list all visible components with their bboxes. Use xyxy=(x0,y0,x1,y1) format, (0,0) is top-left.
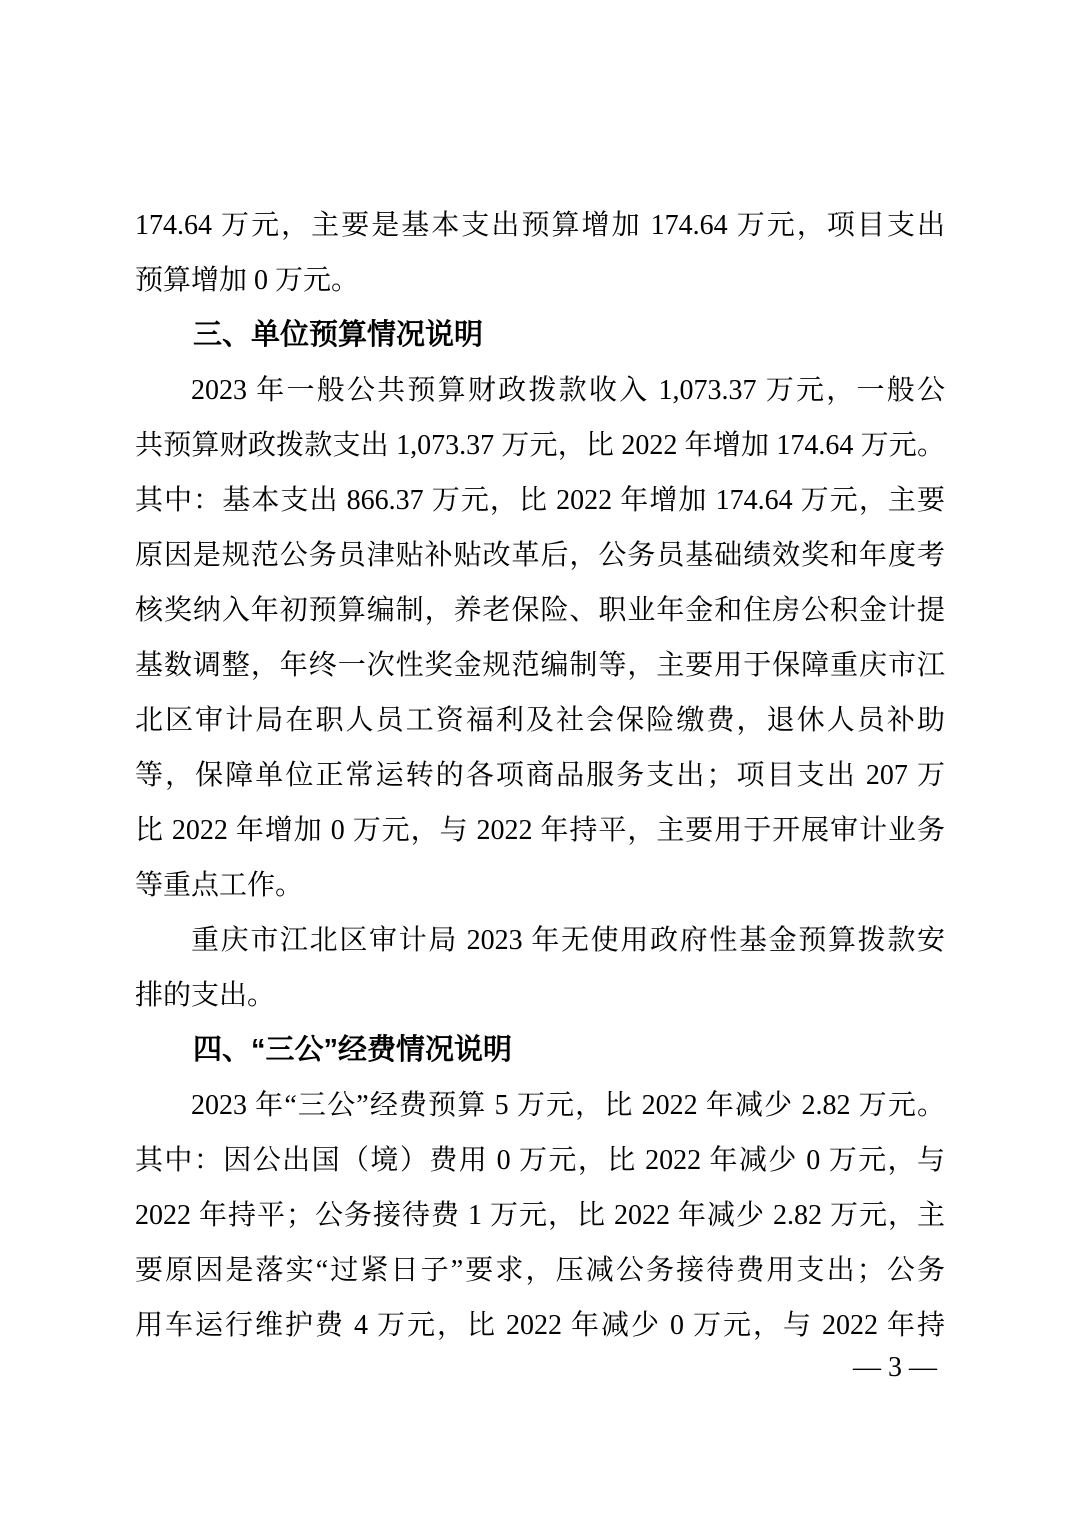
section-heading-3: 三、单位预算情况说明 xyxy=(135,308,945,363)
text-line: 基数调整，年终一次性奖金规范编制等，主要用于保障重庆市江 xyxy=(135,638,945,693)
text-line: 重庆市江北区审计局 2023 年无使用政府性基金预算拨款安 xyxy=(135,913,945,968)
text-line: 其中：因公出国（境）费用 0 万元，比 2022 年减少 0 万元，与 xyxy=(135,1133,945,1188)
text-line: 其中：基本支出 866.37 万元，比 2022 年增加 174.64 万元，主… xyxy=(135,473,945,528)
text-line: 2022 年持平；公务接待费 1 万元，比 2022 年减少 2.82 万元，主 xyxy=(135,1188,945,1243)
text-line: 预算增加 0 万元。 xyxy=(135,253,945,308)
text-line: 排的支出。 xyxy=(135,968,945,1023)
document-body: 174.64 万元，主要是基本支出预算增加 174.64 万元，项目支出 预算增… xyxy=(135,198,945,1353)
text-line: 共预算财政拨款支出 1,073.37 万元，比 2022 年增加 174.64 … xyxy=(135,418,945,473)
section-heading-4: 四、“三公”经费情况说明 xyxy=(135,1023,945,1078)
text-line: 174.64 万元，主要是基本支出预算增加 174.64 万元，项目支出 xyxy=(135,198,945,253)
text-line: 原因是规范公务员津贴补贴改革后，公务员基础绩效奖和年度考 xyxy=(135,528,945,583)
document-page: 174.64 万元，主要是基本支出预算增加 174.64 万元，项目支出 预算增… xyxy=(0,0,1074,1520)
text-line: 2023 年“三公”经费预算 5 万元，比 2022 年减少 2.82 万元。 xyxy=(135,1078,945,1133)
text-line: 比 2022 年增加 0 万元，与 2022 年持平，主要用于开展审计业务 xyxy=(135,803,945,858)
text-line: 用车运行维护费 4 万元，比 2022 年减少 0 万元，与 2022 年持平； xyxy=(135,1298,945,1353)
text-line: 北区审计局在职人员工资福利及社会保险缴费，退休人员补助 xyxy=(135,693,945,748)
text-line: 等，保障单位正常运转的各项商品服务支出；项目支出 207 万元， xyxy=(135,748,945,803)
page-number: — 3 — xyxy=(853,1348,937,1388)
text-line: 核奖纳入年初预算编制，养老保险、职业年金和住房公积金计提 xyxy=(135,583,945,638)
text-line: 等重点工作。 xyxy=(135,858,945,913)
text-line: 2023 年一般公共预算财政拨款收入 1,073.37 万元，一般公 xyxy=(135,363,945,418)
text-line: 要原因是落实“过紧日子”要求，压减公务接待费用支出；公务 xyxy=(135,1243,945,1298)
